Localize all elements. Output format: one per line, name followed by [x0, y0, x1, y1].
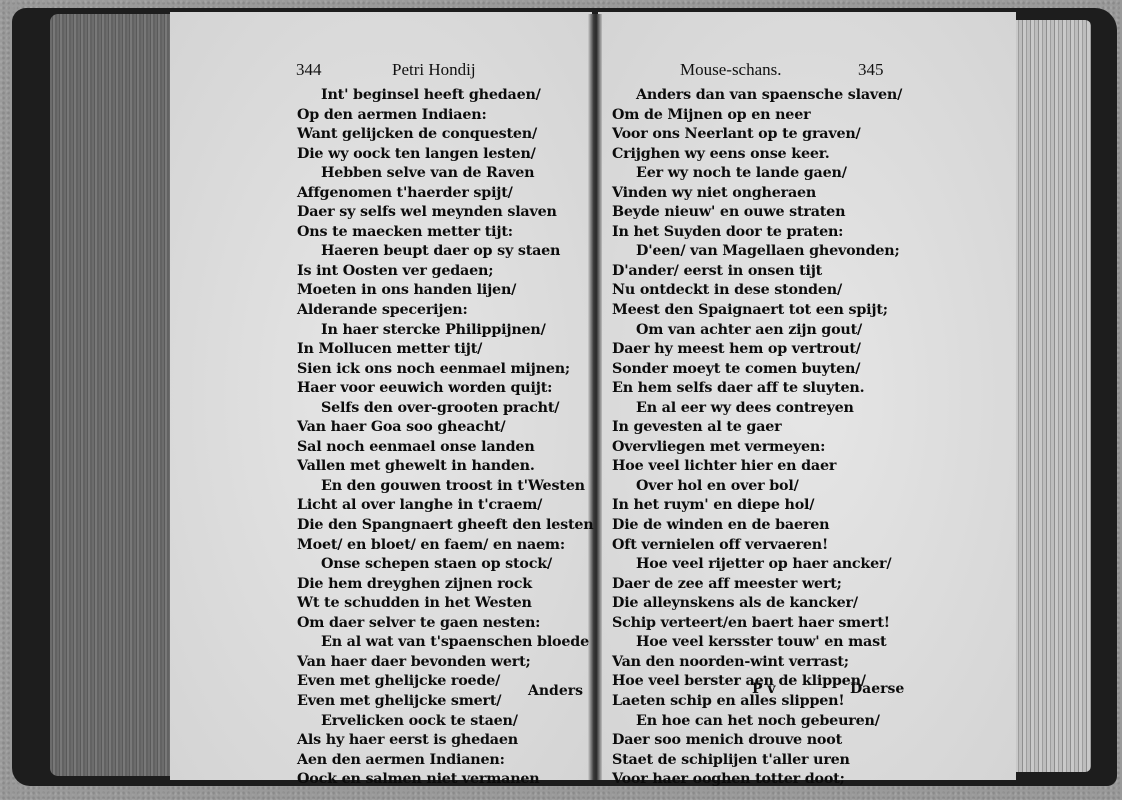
- verse-line: In het Suyden door te praten:: [612, 223, 902, 243]
- verse-line: In Mollucen metter tijt/: [297, 340, 593, 360]
- verse-line: En hoe can het noch gebeuren/: [612, 712, 902, 732]
- verse-line: Aen den aermen Indianen:: [297, 751, 593, 771]
- verse-line: Om van achter aen zijn gout/: [612, 321, 902, 341]
- verse-line: Vallen met ghewelt in handen.: [297, 457, 593, 477]
- verse-line: Moet/ en bloet/ en faem/ en naem:: [297, 536, 593, 556]
- page-edges-right: [1015, 20, 1091, 772]
- verse-line: Om daer selver te gaen nesten:: [297, 614, 593, 634]
- verse-line: En hem selfs daer aff te sluyten.: [612, 379, 902, 399]
- verse-line: Ervelicken oock te staen/: [297, 712, 593, 732]
- verse-line: Nu ontdeckt in dese stonden/: [612, 281, 902, 301]
- verse-line: Daer hy meest hem op vertrout/: [612, 340, 902, 360]
- verse-line: Die alleynskens als de kancker/: [612, 594, 902, 614]
- verse-line: Crijghen wy eens onse keer.: [612, 145, 902, 165]
- right-running-head: Mouse-schans.: [680, 60, 782, 80]
- verse-line: Eer wy noch te lande gaen/: [612, 164, 902, 184]
- verse-line: Hebben selve van de Raven: [297, 164, 593, 184]
- verse-line: Anders dan van spaensche slaven/: [612, 86, 902, 106]
- verse-line: Die hem dreyghen zijnen rock: [297, 575, 593, 595]
- right-page-number: 345: [858, 60, 884, 80]
- verse-line: Meest den Spaignaert tot een spijt;: [612, 301, 902, 321]
- verse-line: In haer stercke Philippijnen/: [297, 321, 593, 341]
- verse-line: Is int Oosten ver gedaen;: [297, 262, 593, 282]
- verse-line: Onse schepen staen op stock/: [297, 555, 593, 575]
- verse-line: Beyde nieuw' en ouwe straten: [612, 203, 902, 223]
- verse-line: Hoe veel lichter hier en daer: [612, 457, 902, 477]
- verse-line: Schip verteert/en baert haer smert!: [612, 614, 902, 634]
- page-edges-left: [50, 14, 172, 776]
- verse-line: Moeten in ons handen lijen/: [297, 281, 593, 301]
- verse-line: Haeren beupt daer op sy staen: [297, 242, 593, 262]
- verse-line: Overvliegen met vermeyen:: [612, 438, 902, 458]
- verse-line: Voor ons Neerlant op te graven/: [612, 125, 902, 145]
- verse-line: Ons te maecken metter tijt:: [297, 223, 593, 243]
- verse-line: Sal noch eenmael onse landen: [297, 438, 593, 458]
- verse-line: Selfs den over-grooten pracht/: [297, 399, 593, 419]
- verse-line: Want gelijcken de conquesten/: [297, 125, 593, 145]
- verse-line: Sonder moeyt te comen buyten/: [612, 360, 902, 380]
- verse-line: D'ander/ eerst in onsen tijt: [612, 262, 902, 282]
- verse-line: Voor haer ooghen totter doot;: [612, 770, 902, 790]
- verse-line: Int' beginsel heeft ghedaen/: [297, 86, 593, 106]
- left-running-head: Petri Hondij: [392, 60, 476, 80]
- verse-line: Wt te schudden in het Westen: [297, 594, 593, 614]
- verse-line: Sien ick ons noch eenmael mijnen;: [297, 360, 593, 380]
- verse-line: In het ruym' en diepe hol/: [612, 496, 902, 516]
- verse-line: Om de Mijnen op en neer: [612, 106, 902, 126]
- verse-line: In gevesten al te gaer: [612, 418, 902, 438]
- verse-line: D'een/ van Magellaen ghevonden;: [612, 242, 902, 262]
- verse-line: Haer voor eeuwich worden quijt:: [297, 379, 593, 399]
- verse-line: Staet de schiplijen t'aller uren: [612, 751, 902, 771]
- verse-line: Die de winden en de baeren: [612, 516, 902, 536]
- verse-line: Alderande specerijen:: [297, 301, 593, 321]
- verse-line: Daer sy selfs wel meynden slaven: [297, 203, 593, 223]
- verse-line: Die den Spangnaert gheeft den lesten: [297, 516, 593, 536]
- signature-mark: P v: [752, 681, 776, 697]
- verse-line: Vinden wy niet ongheraen: [612, 184, 902, 204]
- verse-line: Op den aermen Indiaen:: [297, 106, 593, 126]
- right-catchword: Daerse: [850, 681, 904, 697]
- verse-line: Over hol en over bol/: [612, 477, 902, 497]
- left-page-number: 344: [296, 60, 322, 80]
- verse-line: Van den noorden-wint verrast;: [612, 653, 902, 673]
- verse-line: En den gouwen troost in t'Westen: [297, 477, 593, 497]
- left-catchword: Anders: [528, 683, 583, 699]
- verse-line: Als hy haer eerst is ghedaen: [297, 731, 593, 751]
- verse-line: Licht al over langhe in t'craem/: [297, 496, 593, 516]
- verse-line: Oft vernielen off vervaeren!: [612, 536, 902, 556]
- verse-line: En al wat van t'spaenschen bloede: [297, 633, 593, 653]
- verse-line: Daer soo menich drouve noot: [612, 731, 902, 751]
- verse-line: Hoe veel rijetter op haer ancker/: [612, 555, 902, 575]
- verse-line: Daer de zee aff meester wert;: [612, 575, 902, 595]
- verse-line: Affgenomen t'haerder spijt/: [297, 184, 593, 204]
- verse-line: Oock en salmen niet vermanen: [297, 770, 593, 790]
- verse-line: Van haer daer bevonden wert;: [297, 653, 593, 673]
- verse-line: Van haer Goa soo gheacht/: [297, 418, 593, 438]
- verse-line: En al eer wy dees contreyen: [612, 399, 902, 419]
- verse-line: Hoe veel kersster touw' en mast: [612, 633, 902, 653]
- verse-line: Die wy oock ten langen lesten/: [297, 145, 593, 165]
